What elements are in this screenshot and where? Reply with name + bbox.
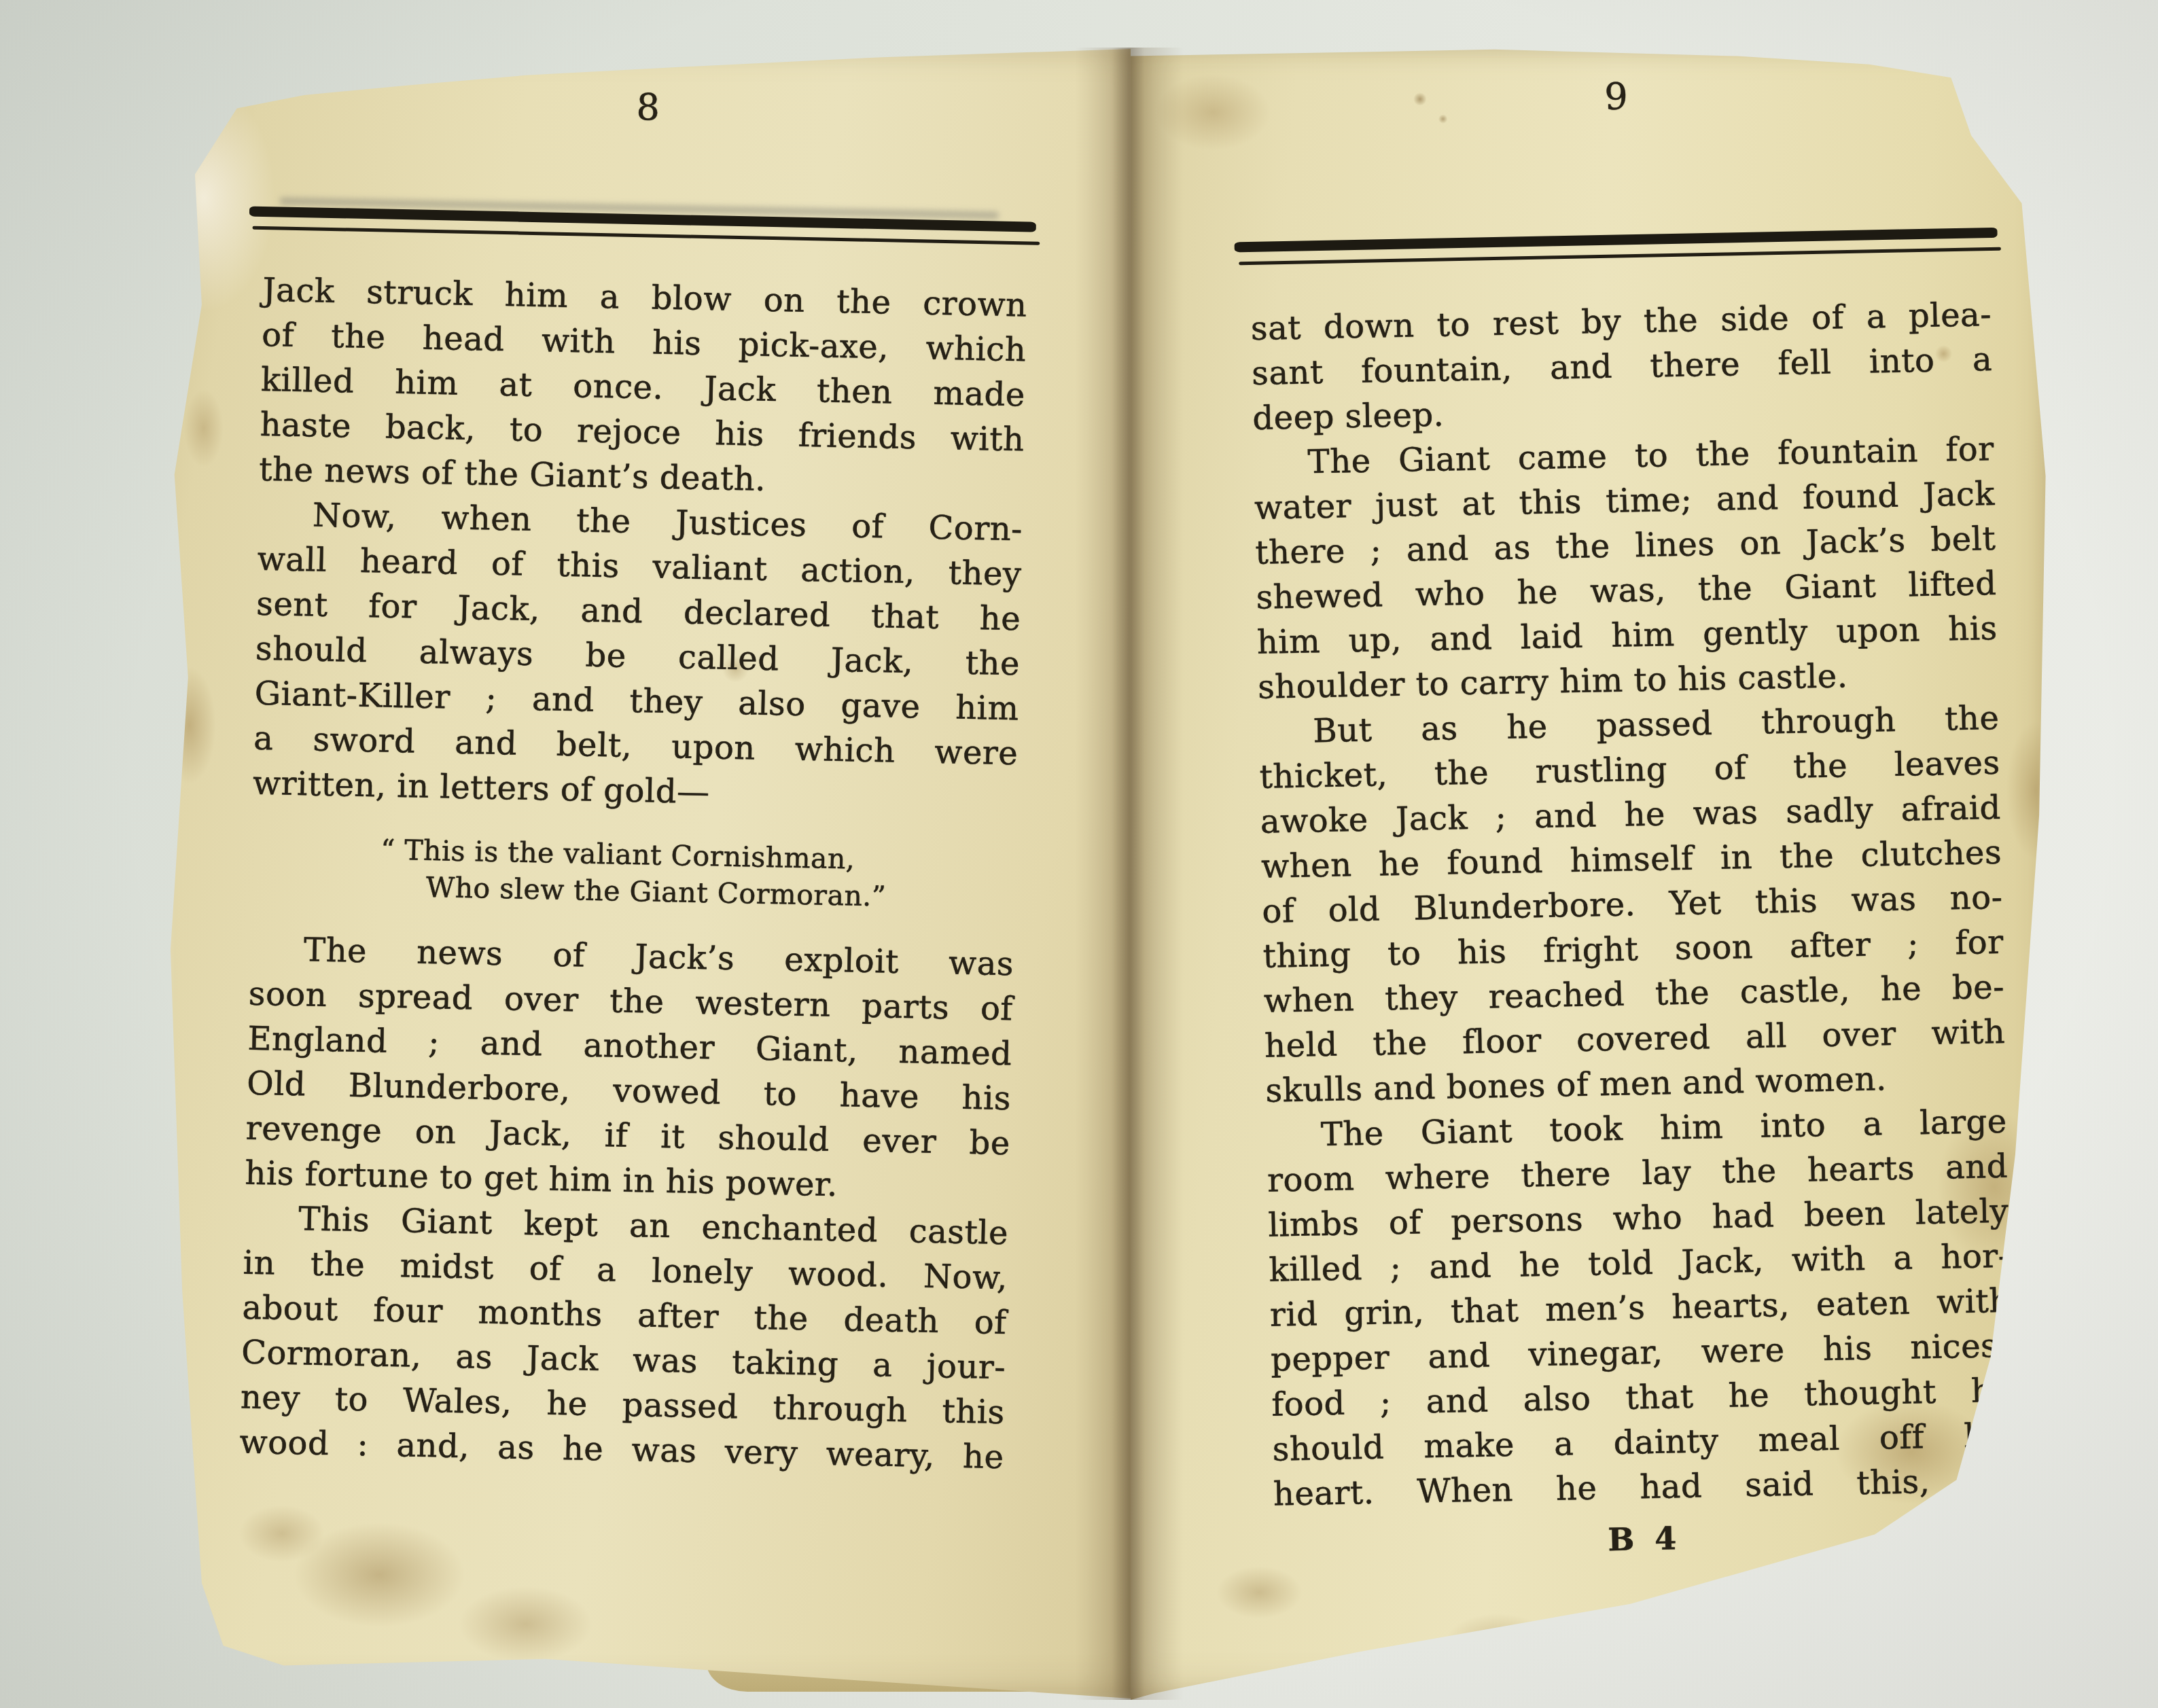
left-page-text: Jack struck him a blow on the crown of t… xyxy=(239,268,1027,1480)
right-page-number: 9 xyxy=(1246,66,1987,128)
right-double-rule xyxy=(1250,228,1991,269)
left-page: 8 Jack struck him a blow on the crown of… xyxy=(155,49,1131,1698)
left-page-number: 8 xyxy=(266,76,1031,139)
left-double-rule xyxy=(264,207,1029,249)
book-photo: 8 Jack struck him a blow on the crown of… xyxy=(0,0,2158,1708)
left-page-content: 8 Jack struck him a blow on the crown of… xyxy=(239,76,1031,1480)
right-page-content: 9 sat down to rest by the side of a plea… xyxy=(1246,66,2015,1569)
signature-mark: B 4 xyxy=(1274,1510,2015,1569)
right-page-text: sat down to rest by the side of a plea- … xyxy=(1250,292,2015,1569)
rule-thick xyxy=(1235,228,1998,253)
right-page: 9 sat down to rest by the side of a plea… xyxy=(1131,46,2049,1700)
